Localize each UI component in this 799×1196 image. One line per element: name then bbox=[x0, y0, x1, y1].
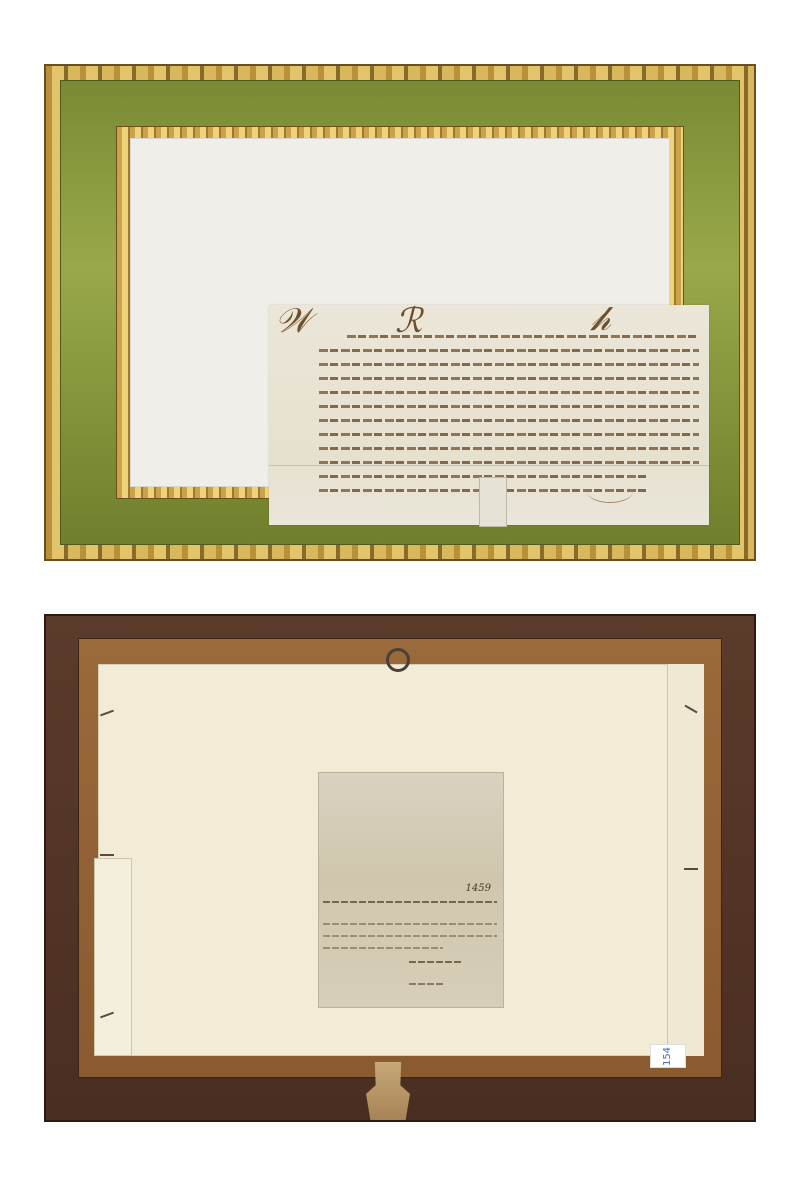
fold-line bbox=[269, 465, 709, 466]
back-document: 1459 bbox=[318, 772, 504, 1008]
nail bbox=[100, 854, 114, 856]
decorated-initial: 𝒲 bbox=[275, 301, 311, 341]
inventory-label: 154 bbox=[650, 1044, 686, 1068]
backing-strip-right bbox=[667, 664, 704, 1056]
script-line bbox=[323, 923, 497, 925]
backing-strip-left bbox=[94, 858, 132, 1056]
nail bbox=[684, 868, 698, 870]
parchment-document: 𝒲 ℛ 𝒽 bbox=[269, 305, 709, 525]
script-line bbox=[323, 901, 497, 903]
inventory-number: 154 bbox=[663, 1046, 674, 1065]
script-line bbox=[323, 935, 497, 937]
script-line bbox=[319, 363, 699, 366]
front-framed-charter: 𝒲 ℛ 𝒽 bbox=[44, 64, 756, 561]
script-line bbox=[319, 349, 699, 352]
script-line bbox=[319, 391, 699, 394]
script-line bbox=[319, 433, 699, 436]
script-line bbox=[319, 461, 699, 464]
seal-tab bbox=[479, 477, 507, 527]
hanging-ring-icon bbox=[386, 648, 410, 672]
script-line bbox=[319, 405, 699, 408]
signature bbox=[587, 480, 633, 503]
script-line bbox=[409, 983, 443, 985]
decorated-initial: 𝒽 bbox=[591, 299, 611, 339]
mat-board: 𝒲 ℛ 𝒽 bbox=[130, 138, 670, 487]
script-line bbox=[319, 447, 699, 450]
back-of-frame: 1459 154 bbox=[44, 614, 756, 1122]
date-note: 1459 bbox=[466, 883, 491, 894]
script-line bbox=[319, 377, 699, 380]
script-line bbox=[409, 961, 463, 963]
script-line bbox=[347, 335, 699, 338]
script-line bbox=[323, 947, 443, 949]
script-line bbox=[319, 419, 699, 422]
